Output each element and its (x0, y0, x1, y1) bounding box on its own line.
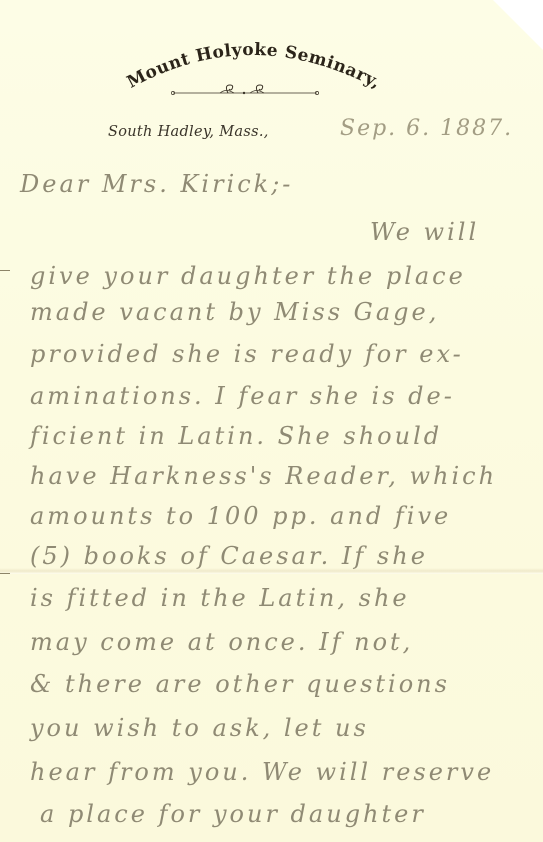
letter-line: is fitted in the Latin, she (30, 584, 410, 612)
printed-place-line: South Hadley, Mass., (108, 124, 269, 140)
letter-line: & there are other questions (30, 670, 450, 698)
margin-mark (0, 573, 10, 574)
flourish-ornament-icon (170, 84, 320, 98)
letter-line: ficient in Latin. She should (30, 422, 442, 450)
letter-line: made vacant by Miss Gage, (30, 298, 439, 326)
letter-line: amounts to 100 pp. and five (30, 502, 451, 530)
letter-line: a place for your daughter (40, 800, 426, 828)
handwritten-date: Sep. 6. 1887. (340, 116, 513, 141)
folded-corner (493, 0, 543, 50)
letter-page: Mount Holyoke Seminary, South Hadley, Ma… (0, 0, 543, 842)
letter-line: give your daughter the place (30, 262, 466, 290)
salutation: Dear Mrs. Kirick;- (20, 170, 293, 198)
letter-line: aminations. I fear she is de- (30, 382, 455, 410)
letter-line: hear from you. We will reserve (30, 758, 494, 786)
letter-line: have Harkness's Reader, which (30, 462, 497, 490)
letter-line: (5) books of Caesar. If she (30, 542, 428, 570)
letter-line: provided she is ready for ex- (30, 340, 464, 368)
letter-line: you wish to ask, let us (30, 714, 369, 742)
letter-line: We will (370, 218, 479, 246)
letter-line: may come at once. If not, (30, 628, 413, 656)
margin-mark (0, 270, 10, 271)
